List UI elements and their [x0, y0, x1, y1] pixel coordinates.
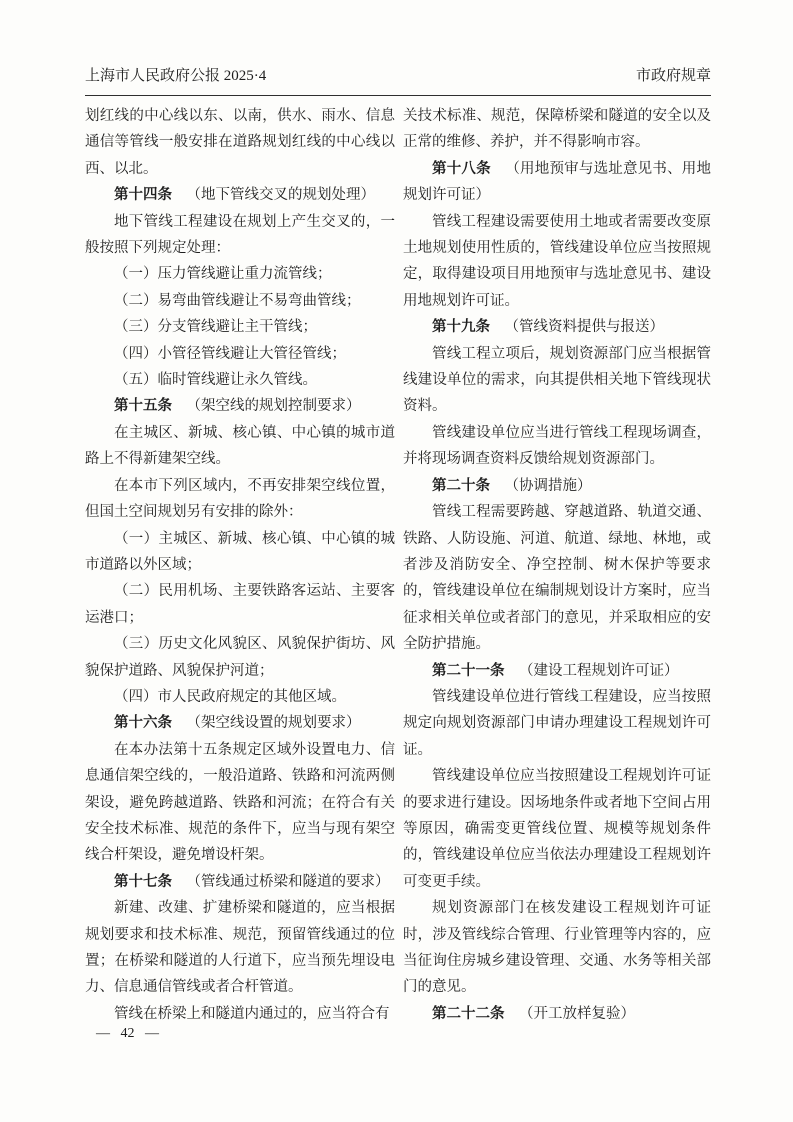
paragraph: 在主城区、新城、核心镇、中心镇的城市道路上不得新建架空线。: [85, 420, 395, 473]
article-title: （建设工程规划许可证）: [519, 663, 679, 679]
article-heading: 第二十条（协调措施）: [403, 473, 711, 499]
article-number: 第十九条: [432, 319, 505, 335]
gazette-page: 上海市人民政府公报 2025·4 市政府规章 划红线的中心线以东、以南，供水、雨…: [0, 0, 793, 1122]
article-heading: 第十九条（管线资料提供与报送）: [403, 314, 711, 340]
article-title: （管线资料提供与报送）: [505, 319, 665, 335]
paragraph: （四）市人民政府规定的其他区域。: [85, 684, 395, 710]
column-left: 划红线的中心线以东、以南，供水、雨水、信息通信等管线一般安排在道路规划红线的中心…: [85, 103, 395, 1027]
paragraph: 规划资源部门在核发建设工程规划许可证时，涉及管线综合管理、行业管理等内容的，应当…: [403, 895, 711, 1001]
paragraph: 在本办法第十五条规定区域外设置电力、信息通信架空线的，一般沿道路、铁路和河流两侧…: [85, 737, 395, 869]
paragraph: 关技术标准、规范，保障桥梁和隧道的安全以及正常的维修、养护，并不得影响市容。: [403, 103, 711, 156]
article-heading: 第二十一条（建设工程规划许可证）: [403, 658, 711, 684]
paragraph: 地下管线工程建设在规划上产生交叉的，一般按照下列规定处理：: [85, 209, 395, 262]
header-divider: [85, 95, 711, 96]
article-title: （地下管线交叉的规划处理）: [187, 187, 376, 203]
paragraph: （三）历史文化风貌区、风貌保护街坊、风貌保护道路、风貌保护河道；: [85, 631, 395, 684]
paragraph: （三）分支管线避让主干管线；: [85, 314, 395, 340]
article-title: （架空线的规划控制要求）: [187, 398, 361, 414]
article-title: （开工放样复验）: [519, 1006, 635, 1022]
paragraph: 管线工程建设需要使用土地或者需要改变原土地规划使用性质的，管线建设单位应当按照规…: [403, 209, 711, 315]
page-header: 上海市人民政府公报 2025·4 市政府规章: [85, 66, 711, 86]
article-number: 第二十条: [432, 478, 505, 494]
article-number: 第十五条: [114, 398, 187, 414]
article-number: 第十四条: [114, 187, 187, 203]
article-title: （管线通过桥梁和隧道的要求）: [187, 874, 390, 890]
paragraph: 管线建设单位应当进行管线工程现场调查，并将现场调查资料反馈给规划资源部门。: [403, 420, 711, 473]
paragraph: 管线工程需要跨越、穿越道路、轨道交通、铁路、人防设施、河道、航道、绿地、林地，或…: [403, 499, 711, 657]
article-heading: 第十四条（地下管线交叉的规划处理）: [85, 182, 395, 208]
article-number: 第十七条: [114, 874, 187, 890]
article-number: 第二十二条: [432, 1006, 519, 1022]
document-body: 划红线的中心线以东、以南，供水、雨水、信息通信等管线一般安排在道路规划红线的中心…: [85, 103, 711, 1027]
paragraph: （一）主城区、新城、核心镇、中心镇的城市道路以外区域；: [85, 526, 395, 579]
paragraph: （二）易弯曲管线避让不易弯曲管线；: [85, 288, 395, 314]
paragraph: （一）压力管线避让重力流管线；: [85, 261, 395, 287]
article-number: 第十八条: [432, 161, 505, 177]
paragraph: （四）小管径管线避让大管径管线；: [85, 341, 395, 367]
paragraph: 管线建设单位应当按照建设工程规划许可证的要求进行建设。因场地条件或者地下空间占用…: [403, 763, 711, 895]
article-title: （协调措施）: [505, 478, 592, 494]
article-heading: 第十七条（管线通过桥梁和隧道的要求）: [85, 869, 395, 895]
paragraph: （二）民用机场、主要铁路客运站、主要客运港口；: [85, 578, 395, 631]
paragraph: 新建、改建、扩建桥梁和隧道的，应当根据规划要求和技术标准、规范，预留管线通过的位…: [85, 895, 395, 1001]
paragraph: 管线工程立项后，规划资源部门应当根据管线建设单位的需求，向其提供相关地下管线现状…: [403, 341, 711, 420]
gazette-title: 上海市人民政府公报 2025·4: [85, 66, 266, 86]
paragraph: 划红线的中心线以东、以南，供水、雨水、信息通信等管线一般安排在道路规划红线的中心…: [85, 103, 395, 182]
paragraph: 在本市下列区域内，不再安排架空线位置，但国土空间规划另有安排的除外：: [85, 473, 395, 526]
paragraph: （五）临时管线避让永久管线。: [85, 367, 395, 393]
section-label: 市政府规章: [636, 66, 711, 86]
article-number: 第二十一条: [432, 663, 519, 679]
column-right: 关技术标准、规范，保障桥梁和隧道的安全以及正常的维修、养护，并不得影响市容。第十…: [403, 103, 711, 1027]
article-heading: 第十八条（用地预审与选址意见书、用地规划许可证）: [403, 156, 711, 209]
article-title: （架空线设置的规划要求）: [187, 715, 361, 731]
paragraph: 管线在桥梁上和隧道内通过的，应当符合有: [85, 1001, 395, 1027]
article-number: 第十六条: [114, 715, 187, 731]
article-heading: 第二十二条（开工放样复验）: [403, 1001, 711, 1027]
article-heading: 第十六条（架空线设置的规划要求）: [85, 710, 395, 736]
article-heading: 第十五条（架空线的规划控制要求）: [85, 393, 395, 419]
paragraph: 管线建设单位进行管线工程建设，应当按照规定向规划资源部门申请办理建设工程规划许可…: [403, 684, 711, 763]
page-number: — 42 —: [96, 1025, 159, 1043]
